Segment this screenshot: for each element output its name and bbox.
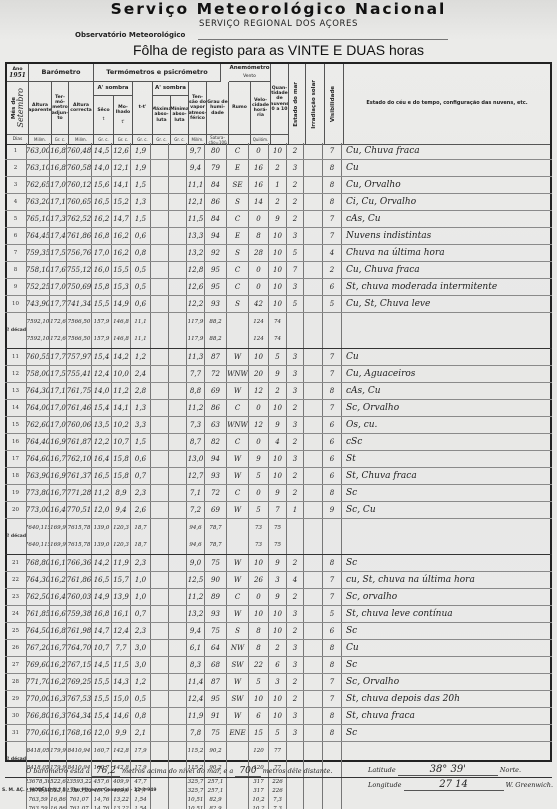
cell-term: 16,7	[50, 640, 67, 656]
cell-desc: cAs, Cu	[342, 383, 552, 399]
cell-alt-ap: 763,90	[27, 468, 50, 484]
cell-nuv: 7	[269, 502, 287, 518]
cell-irr	[304, 640, 323, 656]
cell-alt-ap: 743,90	[27, 296, 50, 312]
service-subtitle: SERVIÇO REGIONAL DOS AÇORES	[0, 19, 557, 29]
cell-nuv: 5	[269, 725, 287, 741]
cell-irr	[304, 160, 323, 176]
cell-desc: Cu	[342, 349, 552, 365]
decade-value: 74	[274, 319, 281, 325]
cell-term: 17,4	[50, 228, 67, 244]
cell-alt-cor: 756,76	[67, 245, 92, 261]
decade-value: 16,86	[50, 797, 66, 803]
cell-day: 13	[5, 383, 27, 399]
cell-max	[151, 451, 169, 467]
cell-irr	[304, 674, 323, 690]
cell-rumo: SW	[227, 691, 249, 707]
cell-vis: 8	[323, 194, 342, 210]
decade-cell-term: 169,9169,9	[50, 519, 67, 554]
cell-mar: 3	[287, 417, 304, 433]
cell-seco: 15,5	[92, 691, 112, 707]
cell-max	[151, 383, 169, 399]
table-row: 31770,6016,1768,1612,09,92,17,875ENE1553…	[5, 725, 552, 742]
cell-nuv: 1	[269, 177, 287, 193]
cell-grau: 95	[205, 279, 227, 295]
wind-speed-header: Velo-cidade horá-ria	[251, 82, 271, 135]
decade-label: 3.ª década	[5, 757, 27, 762]
table-row: 3762,6517,0760,1215,614,11,511,184SE1612…	[5, 177, 552, 194]
cell-tensao: 9,4	[187, 160, 205, 176]
cell-seco: 16,5	[92, 194, 112, 210]
cell-day: 11	[5, 349, 27, 365]
decade-label: 1.ª década	[5, 328, 27, 333]
cell-term: 16,8	[50, 160, 67, 176]
cell-vel: 28	[249, 245, 269, 261]
cell-vel: 5	[249, 468, 269, 484]
cell-alt-ap: 765,10	[27, 211, 50, 227]
cell-max	[151, 725, 169, 741]
anemometer-label: Anemómetro	[230, 66, 270, 71]
cell-min	[169, 400, 187, 416]
decade-cell-tensao: 325,7325,710,5110,51	[187, 778, 205, 809]
cell-max	[151, 572, 169, 588]
decade-value: 146,8	[113, 319, 129, 325]
cell-mar: 2	[287, 143, 304, 159]
cell-tensao: 8,7	[187, 434, 205, 450]
cell-desc: Sc, orvalho	[342, 589, 552, 605]
cell-nuv: 10	[269, 623, 287, 639]
cell-min	[169, 383, 187, 399]
cell-vis: 2	[323, 262, 342, 278]
cell-molh: 8,9	[112, 485, 131, 501]
cell-max	[151, 143, 169, 159]
cell-term: 16,4	[50, 589, 67, 605]
cell-irr	[304, 211, 323, 227]
cell-molh: 15,7	[112, 572, 131, 588]
cell-tensao: 9,0	[187, 555, 205, 571]
cell-alt-ap: 762,50	[27, 589, 50, 605]
cell-desc: Sc	[342, 555, 552, 571]
wet-bulb-label: Mo-lhado	[114, 105, 132, 115]
decade-value: 11,1	[134, 319, 146, 325]
cell-max	[151, 485, 169, 501]
cell-mar: 3	[287, 279, 304, 295]
table-row: 17764,6016,7762,1016,415,80,613,094W9103…	[5, 451, 552, 468]
cell-max	[151, 708, 169, 724]
cell-desc: St, Chuva fraca	[342, 468, 552, 484]
cell-grau: 84	[205, 211, 227, 227]
cell-min	[169, 572, 187, 588]
cell-alt-ap: 770,00	[27, 691, 50, 707]
cell-min	[169, 451, 187, 467]
cell-tensao: 13,2	[187, 606, 205, 622]
cell-nuv: 3	[269, 572, 287, 588]
cell-irr	[304, 245, 323, 261]
cell-mar: 3	[287, 349, 304, 365]
cell-grau: 87	[205, 674, 227, 690]
cell-rumo: C	[227, 262, 249, 278]
absolute-min-header: Mínima abso-luta	[171, 96, 189, 135]
cell-alt-cor: 761,87	[67, 434, 92, 450]
cell-day: 20	[5, 502, 27, 518]
decade-value: 1,54	[134, 797, 146, 803]
cell-vis: 6	[323, 451, 342, 467]
cell-term: 16,2	[50, 674, 67, 690]
cell-rumo: S	[227, 194, 249, 210]
decade-cell-max	[151, 519, 169, 554]
cell-irr	[304, 725, 323, 741]
cell-seco: 15,5	[92, 296, 112, 312]
barometer-height-value: 76,2	[92, 766, 120, 777]
cell-desc: St	[342, 451, 552, 467]
cell-vis: 7	[323, 674, 342, 690]
decade-value: 17,9	[134, 748, 146, 754]
cell-diff: 2,1	[131, 725, 151, 741]
cell-vel: 12	[249, 383, 269, 399]
cell-tensao: 7,2	[187, 502, 205, 518]
cell-tensao: 11,4	[187, 674, 205, 690]
cell-alt-cor: 761,86	[67, 228, 92, 244]
decade-value: 317	[253, 788, 264, 794]
decade-cell-vel: 7373	[249, 519, 269, 554]
decade-cell-grau: 78,778,7	[205, 519, 227, 554]
cell-alt-ap: 758,10	[27, 262, 50, 278]
cell-day: 19	[5, 485, 27, 501]
month-value: Setembro	[18, 88, 23, 128]
decade-cell-grau: 257,1257,182,982,9	[205, 778, 227, 809]
cell-day: 9	[5, 279, 27, 295]
cell-grau: 75	[205, 555, 227, 571]
cell-alt-ap: 770,60	[27, 725, 50, 741]
decade-cell-min	[169, 778, 187, 809]
cell-tensao: 8,3	[187, 657, 205, 673]
cell-min	[169, 555, 187, 571]
cell-grau: 82	[205, 434, 227, 450]
decade-value: 169,9	[50, 525, 66, 531]
decade-cell-nuv: 7575	[269, 519, 287, 554]
cell-mar: 3	[287, 640, 304, 656]
decade-value: 761,07	[69, 806, 88, 809]
decade-cell-seco: 157,9157,9	[92, 313, 112, 348]
cell-rumo: W	[227, 708, 249, 724]
cell-min	[169, 245, 187, 261]
decade-cell-grau: 88,288,2	[205, 313, 227, 348]
cell-max	[151, 468, 169, 484]
cell-seco: 14,0	[92, 160, 112, 176]
cell-day: 12	[5, 366, 27, 382]
decade-value: 7,3	[273, 806, 282, 809]
cell-rumo: SW	[227, 657, 249, 673]
cell-tensao: 11,5	[187, 211, 205, 227]
cell-vel: 6	[249, 708, 269, 724]
cell-vel: 8	[249, 228, 269, 244]
observatory-label: Observatório Meteorológico	[75, 31, 185, 39]
cell-nuv: 2	[269, 383, 287, 399]
cell-seco: 12,0	[92, 502, 112, 518]
wet-bulb-header: Mo-lhado t'	[114, 96, 133, 135]
cell-grau: 95	[205, 691, 227, 707]
decade-cell-mar	[287, 519, 304, 554]
cell-tensao: 12,8	[187, 262, 205, 278]
decade-cell-nuv: 2262267,37,3	[269, 778, 287, 809]
cell-alt-cor: 766,36	[67, 555, 92, 571]
cell-nuv: 9	[269, 589, 287, 605]
cell-alt-ap: 762,60	[27, 417, 50, 433]
cell-tensao: 12,7	[187, 468, 205, 484]
decade-cell-vis	[323, 519, 342, 554]
cell-grau: 68	[205, 657, 227, 673]
temp-diff-header: t-t'	[133, 82, 153, 135]
decade-value: 761,07	[69, 797, 88, 803]
cell-alt-ap: 763,20	[27, 194, 50, 210]
cell-diff: 1,9	[131, 160, 151, 176]
cell-max	[151, 177, 169, 193]
decade-value: 7592,10	[27, 336, 49, 342]
cell-day: 31	[5, 725, 27, 741]
cell-irr	[304, 485, 323, 501]
decade-value: 409,9	[113, 779, 129, 785]
cell-max	[151, 279, 169, 295]
cell-rumo: SE	[227, 177, 249, 193]
cell-diff: 1,3	[131, 194, 151, 210]
table-row: 30766,8016,3764,3415,414,60,811,991W6103…	[5, 708, 552, 725]
cell-max	[151, 502, 169, 518]
cell-desc: Cu, Orvalho	[342, 177, 552, 193]
cell-day: 26	[5, 640, 27, 656]
cell-day: 5	[5, 211, 27, 227]
cell-min	[169, 211, 187, 227]
decade-value: 7,3	[273, 797, 282, 803]
cell-alt-cor: 762,10	[67, 451, 92, 467]
cell-day: 10	[5, 296, 27, 312]
cell-term: 17,7	[50, 349, 67, 365]
cell-vel: 16	[249, 160, 269, 176]
cell-max	[151, 640, 169, 656]
table-row: 1763,0016,8760,4814,512,61,99,780C01027C…	[5, 143, 552, 160]
month-cell: Mês de Setembro	[7, 82, 29, 135]
table-row: 18763,9016,9761,3716,515,80,712,793W5102…	[5, 468, 552, 485]
cell-alt-cor: 764,70	[67, 640, 92, 656]
cell-irr	[304, 177, 323, 193]
cell-rumo: NW	[227, 640, 249, 656]
cell-seco: 15,4	[92, 708, 112, 724]
cell-day: 27	[5, 657, 27, 673]
shade-header-2: A' sombra	[153, 82, 189, 96]
cell-min	[169, 262, 187, 278]
cell-seco: 16,0	[92, 262, 112, 278]
solar-irradiation-label: Irradiação solar	[312, 80, 317, 129]
cell-tensao: 11,3	[187, 349, 205, 365]
cell-diff: 3,0	[131, 657, 151, 673]
cell-irr	[304, 383, 323, 399]
cell-tensao: 7,3	[187, 417, 205, 433]
decade-value: 139,0	[94, 525, 110, 531]
cell-irr	[304, 691, 323, 707]
decade-value: 14,76	[94, 806, 110, 809]
decade-value: 117,9	[188, 319, 204, 325]
decade-value: 75	[274, 542, 281, 548]
longitude-suffix: W. Greenwich.	[506, 781, 553, 789]
cell-vel: 12	[249, 417, 269, 433]
cell-vel: 0	[249, 143, 269, 159]
cell-nuv: 2	[269, 160, 287, 176]
decade-value: 142,8	[113, 748, 129, 754]
cell-min	[169, 296, 187, 312]
cell-molh: 10,7	[112, 434, 131, 450]
cell-vis: 4	[323, 245, 342, 261]
cell-grau: 69	[205, 502, 227, 518]
cell-rumo: W	[227, 502, 249, 518]
decade-value: 7566,50	[68, 319, 91, 325]
cell-tensao: 9,4	[187, 623, 205, 639]
cell-mar: 7	[287, 262, 304, 278]
cell-max	[151, 211, 169, 227]
cell-irr	[304, 349, 323, 365]
cell-min	[169, 434, 187, 450]
cell-desc: cSc	[342, 434, 552, 450]
cell-mar: 2	[287, 468, 304, 484]
cell-vis: 7	[323, 366, 342, 382]
cell-tensao: 11,2	[187, 400, 205, 416]
cell-irr	[304, 228, 323, 244]
cell-desc: Ci, Cu, Orvalho	[342, 194, 552, 210]
cell-nuv: 10	[269, 143, 287, 159]
cell-nuv: 6	[269, 657, 287, 673]
cell-vel: 10	[249, 555, 269, 571]
cell-term: 17,3	[50, 211, 67, 227]
cell-vis: 8	[323, 485, 342, 501]
cell-desc: Cu, Chuva fraca	[342, 262, 552, 278]
cell-vel: 0	[249, 434, 269, 450]
cell-vel: 26	[249, 572, 269, 588]
cell-mar: 5	[287, 245, 304, 261]
cell-alt-ap: 768,80	[27, 555, 50, 571]
cell-rumo: C	[227, 279, 249, 295]
cell-rumo: E	[227, 228, 249, 244]
cell-rumo: ENE	[227, 725, 249, 741]
cell-min	[169, 160, 187, 176]
decade-value: 10,2	[252, 806, 264, 809]
cell-alt-cor: 760,03	[67, 589, 92, 605]
cell-nuv: 4	[269, 434, 287, 450]
cell-day: 8	[5, 262, 27, 278]
cell-molh: 15,3	[112, 279, 131, 295]
cell-molh: 14,1	[112, 400, 131, 416]
cell-rumo: S	[227, 296, 249, 312]
decade-value: 7615,78	[68, 525, 91, 531]
cell-seco: 14,0	[92, 383, 112, 399]
cell-day: 16	[5, 434, 27, 450]
table-row: 9752,2517,0750,6915,815,30,512,695C01036…	[5, 279, 552, 296]
decade-value: 157,9	[94, 336, 110, 342]
decade-value: 226	[272, 788, 283, 794]
cell-mar: 2	[287, 177, 304, 193]
cell-day: 28	[5, 674, 27, 690]
solar-irradiation-header: Irradiação solar	[306, 64, 325, 145]
sheet-title: Fôlha de registo para as VINTE E DUAS ho…	[0, 42, 557, 58]
cell-vis: 8	[323, 725, 342, 741]
decade-cell-irr	[304, 313, 323, 348]
cell-diff: 2,3	[131, 623, 151, 639]
cell-seco: 15,8	[92, 279, 112, 295]
cell-seco: 11,2	[92, 485, 112, 501]
cell-rumo: C	[227, 485, 249, 501]
decade-cell-day	[5, 778, 27, 809]
decade-cell-mar	[287, 313, 304, 348]
absolute-max-header: Máxima abso-luta	[153, 96, 171, 135]
cell-desc: Cu, Aguaceiros	[342, 366, 552, 382]
decade-cell-seco: 457,6457,614,7614,76	[92, 778, 112, 809]
cell-alt-ap: 773,80	[27, 485, 50, 501]
table-row: 16764,4016,9761,8712,210,71,58,782C0426c…	[5, 434, 552, 451]
shade-header-1: A' sombra	[94, 82, 133, 96]
cell-diff: 2,8	[131, 383, 151, 399]
cell-term: 16,2	[50, 572, 67, 588]
cell-alt-cor: 770,51	[67, 502, 92, 518]
cell-desc: Cu	[342, 160, 552, 176]
cell-nuv: 10	[269, 451, 287, 467]
cell-molh: 12,1	[112, 160, 131, 176]
cell-vel: 42	[249, 296, 269, 312]
cell-desc: Cu, Chuva fraca	[342, 143, 552, 159]
table-row: 2763,1016,8760,5814,012,11,99,479E16238C…	[5, 160, 552, 177]
decade-value: 14,76	[94, 797, 110, 803]
table-row: 26767,2016,7764,7010,77,73,06,164NW8238C…	[5, 640, 552, 657]
decade-cell-term: 522,6522,616,8616,86	[50, 778, 67, 809]
cell-max	[151, 589, 169, 605]
cell-rumo: W	[227, 451, 249, 467]
cell-max	[151, 262, 169, 278]
cell-vis: 6	[323, 434, 342, 450]
cell-desc: Sc	[342, 725, 552, 741]
cell-min	[169, 623, 187, 639]
cell-alt-cor: 741,34	[67, 296, 92, 312]
cell-alt-ap: 766,80	[27, 708, 50, 724]
cell-diff: 2,4	[131, 366, 151, 382]
cell-molh: 16,2	[112, 228, 131, 244]
decade-cell-mar	[287, 778, 304, 809]
cell-mar: 2	[287, 623, 304, 639]
cell-irr	[304, 451, 323, 467]
cell-vel: 16	[249, 177, 269, 193]
cell-vel: 0	[249, 400, 269, 416]
longitude-label: Longitude	[368, 781, 401, 789]
decade-value: 160,7	[94, 748, 110, 754]
decade-value: 73	[255, 542, 262, 548]
cell-nuv: 10	[269, 228, 287, 244]
cell-max	[151, 623, 169, 639]
decade-value: 75	[274, 525, 281, 531]
decade-cell-nuv: 7474	[269, 313, 287, 348]
cell-grau: 94	[205, 451, 227, 467]
cell-mar: 3	[287, 228, 304, 244]
decade-cell-day: 3.ª década	[5, 742, 27, 777]
cell-grau: 80	[205, 143, 227, 159]
decade-value: 23593,22	[67, 779, 92, 785]
dry-bulb-label: Sêco	[97, 108, 109, 113]
cell-alt-cor: 761,75	[67, 383, 92, 399]
cell-molh: 15,8	[112, 451, 131, 467]
cell-alt-cor: 755,12	[67, 262, 92, 278]
cell-diff: 1,9	[131, 143, 151, 159]
cell-day: 17	[5, 451, 27, 467]
cell-molh: 15,8	[112, 468, 131, 484]
cell-vis: 8	[323, 640, 342, 656]
cell-rumo: C	[227, 400, 249, 416]
cell-max	[151, 160, 169, 176]
cell-alt-ap: 760,55	[27, 349, 50, 365]
cell-vis: 8	[323, 555, 342, 571]
